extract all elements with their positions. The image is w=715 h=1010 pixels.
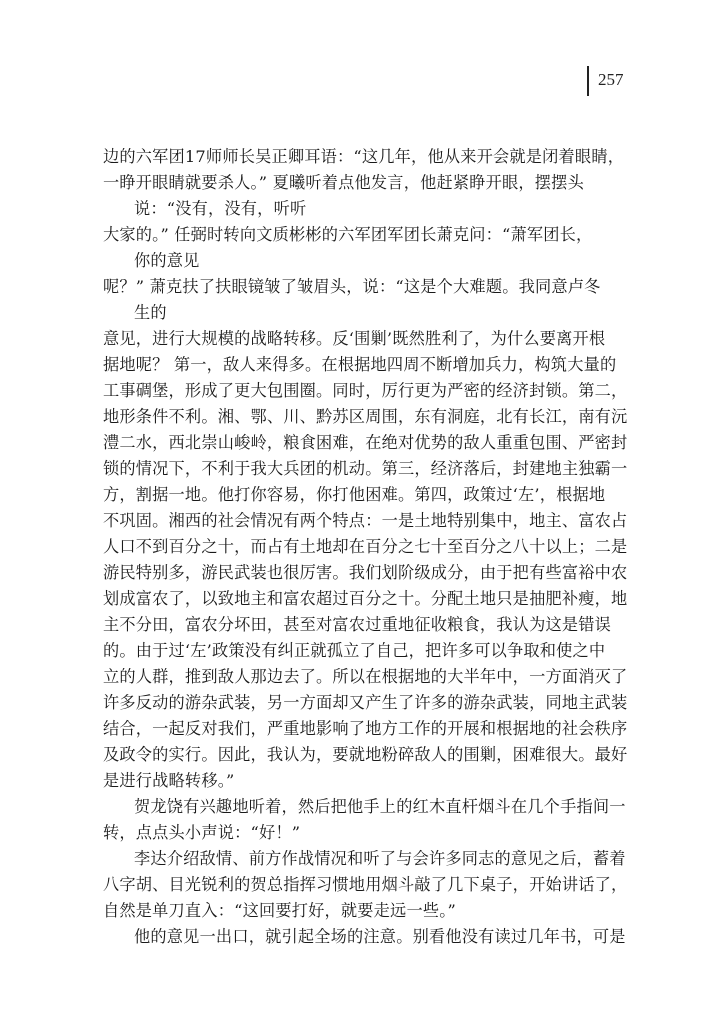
text-line: 自然是单刀直入：“这回要打好，就要走远一些。” — [103, 901, 456, 921]
text-line: 锁的情况下，不利于我大兵团的机动。第三，经济落后，封建地主独霸一 — [103, 459, 627, 479]
text-line: 许多反动的游杂武装，另一方面却又产生了许多的游杂武装，同地主武装 — [103, 693, 627, 713]
page-number: 257 — [598, 70, 624, 90]
text-line: 据地呢？ 第一，敌人来得多。在根据地四周不断增加兵力，构筑大量的 — [103, 355, 616, 375]
text-line: 李达介绍敌情、前方作战情况和听了与会许多同志的意见之后，蓄着 — [134, 849, 626, 869]
text-line: 边的六军团17师师长吴正卿耳语：“这几年，他从来开会就是闭着眼睛， — [103, 147, 624, 167]
text-line: 八字胡、目光锐利的贺总指挥习惯地用烟斗敲了几下桌子，开始讲话了， — [103, 875, 627, 895]
text-line: 工事碉堡，形成了更大包围圈。同时，厉行更为严密的经济封锁。第二， — [103, 381, 627, 401]
text-line: 说：“没有，没有，听听 — [134, 199, 306, 219]
text-line: 的。由于过‘左’政策没有纠正就孤立了自己，把许多可以争取和使之中 — [103, 641, 605, 661]
text-line: 大家的。” 任弼时转向文质彬彬的六军团军团长萧克问：“萧军团长， — [103, 225, 592, 245]
text-line: 他的意见一出口，就引起全场的注意。别看他没有读过几年书，可是 — [134, 927, 626, 947]
folio-rule — [587, 66, 589, 96]
text-line: 人口不到百分之十，而占有土地却在百分之七十至百分之八十以上；二是 — [103, 537, 627, 557]
text-line: 立的人群，推到敌人那边去了。所以在根据地的大半年中，一方面消灭了 — [103, 667, 627, 687]
text-line: 及政令的实行。因此，我认为，要就地粉碎敌人的围剿，困难很大。最好 — [103, 745, 627, 765]
text-line: 呢？” 萧克扶了扶眼镜皱了皱眉头，说：“这是个大难题。我同意卢冬 — [103, 277, 601, 297]
text-line: 是进行战略转移。” — [103, 771, 234, 791]
text-line: 生的 — [134, 303, 167, 323]
text-line: 转，点点头小声说：“好！” — [103, 823, 300, 843]
text-line: 地形条件不利。湘、鄂、川、黔苏区周围，东有洞庭，北有长江，南有沅 — [103, 407, 627, 427]
text-line: 结合，一起反对我们，严重地影响了地方工作的开展和根据地的社会秩序 — [103, 719, 627, 739]
text-line: 澧二水，西北崇山峻岭，粮食困难，在绝对优势的敌人重重包围、严密封 — [103, 433, 627, 453]
text-line: 划成富农了，以致地主和富农超过百分之十。分配土地只是抽肥补瘦，地 — [103, 589, 627, 609]
text-line: 方，割据一地。他打你容易，你打他困难。第四，政策过‘左’，根据地 — [103, 485, 605, 505]
text-line: 贺龙饶有兴趣地听着，然后把他手上的红木直杆烟斗在几个手指间一 — [134, 797, 626, 817]
text-line: 不巩固。湘西的社会情况有两个特点：一是土地特别集中，地主、富农占 — [103, 511, 627, 531]
text-line: 游民特别多，游民武装也很厉害。我们划阶级成分，由于把有些富裕中农 — [103, 563, 627, 583]
text-line: 你的意见 — [134, 251, 200, 271]
text-line: 意见，进行大规模的战略转移。反‘围剿’既然胜利了，为什么要离开根 — [103, 329, 605, 349]
text-line: 一睁开眼睛就要杀人。” 夏曦听着点他发言，他赶紧睁开眼，摆摆头 — [103, 173, 584, 193]
text-line: 主不分田，富农分坏田，甚至对富农过重地征收粮食，我认为这是错误 — [103, 615, 611, 635]
